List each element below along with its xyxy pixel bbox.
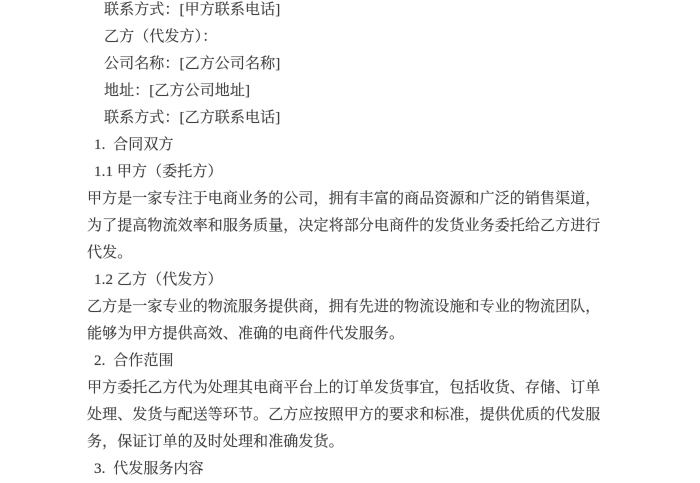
line-party-b-header: 乙方（代发方）： <box>104 24 647 51</box>
line-party-b-address: 地址：[乙方公司地址] <box>104 78 647 105</box>
line-party-b-contact: 联系方式：[乙方联系电话] <box>104 105 647 132</box>
subheading-1-2: 1.2 乙方（代发方） <box>94 267 647 294</box>
subheading-1-1: 1.1 甲方（委托方） <box>94 159 647 186</box>
paragraph-party-b-desc: 乙方是一家专业的物流服务提供商，拥有先进的物流设施和专业的物流团队， 能够为甲方… <box>87 294 647 348</box>
heading-section-2: 2. 合作范围 <box>94 348 647 375</box>
paragraph-party-a-desc: 甲方是一家专注于电商业务的公司，拥有丰富的商品资源和广泛的销售渠道， 为了提高物… <box>87 186 647 267</box>
line-party-a-contact: 联系方式：[甲方联系电话] <box>104 0 647 24</box>
paragraph-scope: 甲方委托乙方代为处理其电商平台上的订单发货事宜，包括收货、存储、订单 处理、发货… <box>87 375 647 456</box>
line-party-b-company: 公司名称：[乙方公司名称] <box>104 51 647 78</box>
heading-section-1: 1. 合同双方 <box>94 132 647 159</box>
contract-document: 联系方式：[甲方联系电话] 乙方（代发方）： 公司名称：[乙方公司名称] 地址：… <box>87 0 647 470</box>
heading-section-3: 3. 代发服务内容 <box>94 456 647 471</box>
